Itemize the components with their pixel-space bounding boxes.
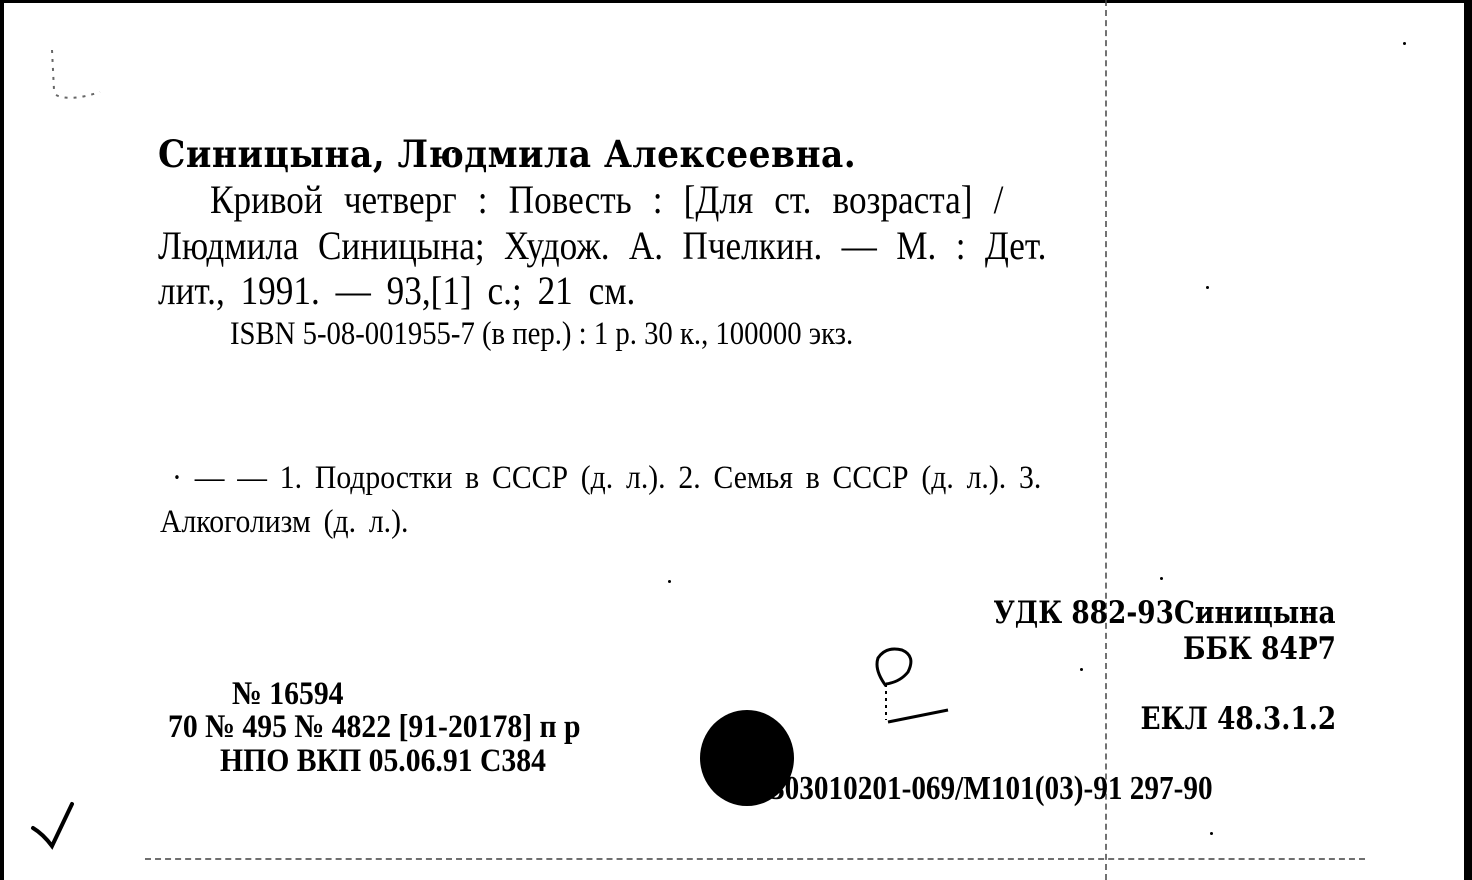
handwritten-letter-icon — [868, 640, 958, 730]
author-heading: Синицына, Людмила Алексеевна. — [158, 136, 856, 173]
isbn-line: ISBN 5-08-001955-7 (в пер.) : 1 р. 30 к.… — [230, 318, 853, 351]
title-line-1: Кривой четверг : Повесть : [Для ст. возр… — [210, 180, 1003, 220]
udk-code: УДК 882-93Синицына — [994, 598, 1336, 629]
subjects-line-1: · — — 1. Подростки в СССР (д. л.). 2. Се… — [172, 462, 1041, 495]
bbk-code: ББК 84Р7 — [1183, 634, 1336, 665]
fold-line — [1105, 0, 1107, 880]
catalog-card: Синицына, Людмила Алексеевна. Кривой чет… — [0, 0, 1472, 880]
ekl-code: ЕКЛ 48.3.1.2 — [1140, 704, 1336, 735]
scan-edge-top — [0, 0, 1472, 3]
title-line-2: Людмила Синицына; Худож. А. Пчелкин. — М… — [158, 226, 1046, 266]
pencil-mark-icon — [40, 40, 110, 110]
title-line-3: лит., 1991. — 93,[1] с.; 21 см. — [158, 271, 635, 311]
ink-blot — [700, 710, 794, 806]
classification-code-line: 303010201-069/М101(03)-91 297-90 — [770, 772, 1213, 806]
print-info: 70 № 495 № 4822 [91-20178] п р — [168, 711, 581, 744]
printer-info: НПО ВКП 05.06.91 С384 — [220, 745, 546, 778]
scan-edge-right — [1464, 0, 1472, 880]
order-number: № 16594 — [232, 678, 344, 711]
bottom-rule — [145, 858, 1365, 860]
scan-edge-left — [0, 0, 4, 880]
checkmark-icon — [28, 798, 78, 853]
subjects-line-2: Алкоголизм (д. л.). — [160, 506, 408, 539]
